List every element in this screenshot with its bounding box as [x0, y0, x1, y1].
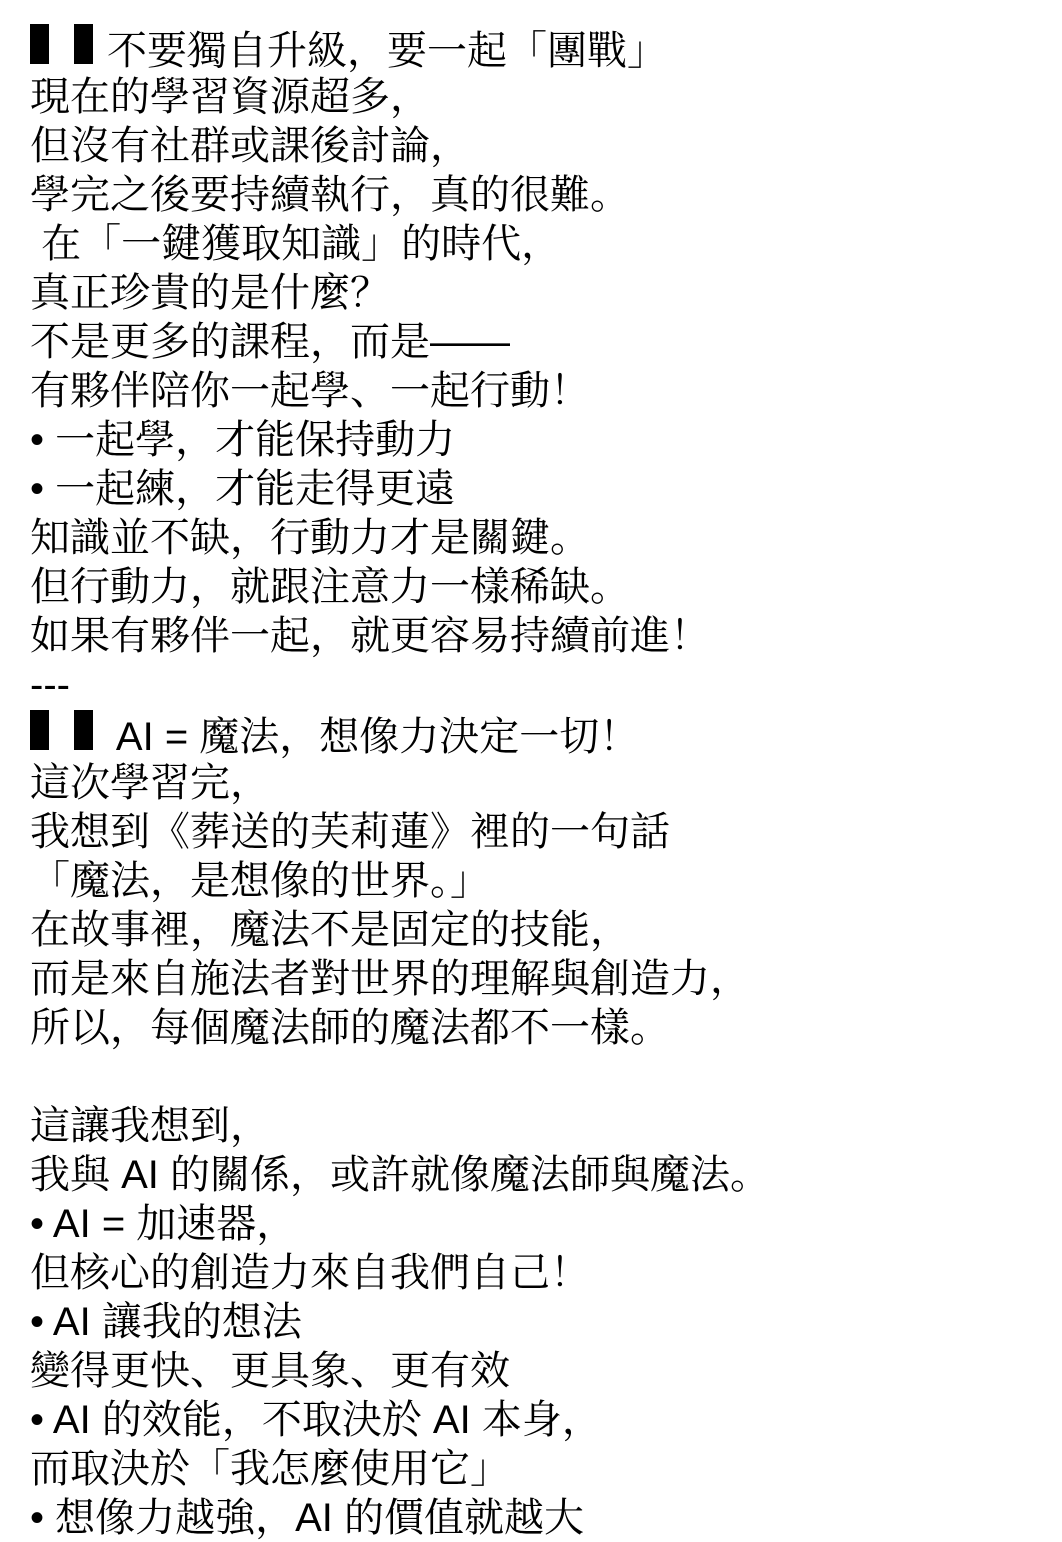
missing-emoji-box-icon: [74, 710, 93, 750]
text-line: 這次學習完，: [30, 759, 1054, 808]
heading-line-team-battle: 不要獨自升級，要一起「團戰」: [30, 24, 1054, 73]
text-line: 而是來自施法者對世界的理解與創造力，: [30, 955, 1054, 1004]
heading-text: 不要獨自升級，要一起「團戰」: [107, 29, 667, 73]
bullet-line: • 一起學，才能保持動力: [30, 416, 1054, 465]
bullet-line: • AI = 加速器，: [30, 1200, 1054, 1249]
post-text-document: 不要獨自升級，要一起「團戰」 現在的學習資源超多， 但沒有社群或課後討論， 學完…: [0, 0, 1062, 1542]
bullet-line: • 想像力越強，AI 的價值就越大: [30, 1494, 1054, 1542]
text-line: 如果有夥伴一起，就更容易持續前進！: [30, 612, 1054, 661]
text-line: 所以，每個魔法師的魔法都不一樣。: [30, 1004, 1054, 1053]
bullet-line: • AI 的效能，不取決於 AI 本身，: [30, 1396, 1054, 1445]
missing-emoji-box-icon: [30, 24, 49, 64]
text-line: 學完之後要持續執行，真的很難。: [30, 171, 1054, 220]
text-line: 真正珍貴的是什麼？: [30, 269, 1054, 318]
text-line: 但核心的創造力來自我們自己！: [30, 1249, 1054, 1298]
bullet-line: • AI 讓我的想法: [30, 1298, 1054, 1347]
text-line: 「魔法，是想像的世界。」: [30, 857, 1054, 906]
text-line: 在「一鍵獲取知識」的時代，: [30, 220, 1054, 269]
blank-line: [30, 1053, 1054, 1102]
text-line: 知識並不缺，行動力才是關鍵。: [30, 514, 1054, 563]
text-line: 現在的學習資源超多，: [30, 73, 1054, 122]
heading-line-ai-magic: AI = 魔法，想像力決定一切！: [30, 710, 1054, 759]
missing-emoji-box-icon: [74, 24, 93, 64]
text-line: 但沒有社群或課後討論，: [30, 122, 1054, 171]
text-line: 但行動力，就跟注意力一樣稀缺。: [30, 563, 1054, 612]
text-line: 變得更快、更具象、更有效: [30, 1347, 1054, 1396]
text-line: 在故事裡，魔法不是固定的技能，: [30, 906, 1054, 955]
divider-line: ---: [30, 661, 1054, 710]
text-line: 這讓我想到，: [30, 1102, 1054, 1151]
text-line: 我想到《葬送的芙莉蓮》裡的一句話: [30, 808, 1054, 857]
missing-emoji-box-icon: [30, 710, 49, 750]
text-line: 而取決於「我怎麼使用它」: [30, 1445, 1054, 1494]
text-line: 不是更多的課程，而是——: [30, 318, 1054, 367]
heading-text: AI = 魔法，想像力決定一切！: [107, 715, 639, 759]
bullet-line: • 一起練，才能走得更遠: [30, 465, 1054, 514]
text-line: 我與 AI 的關係，或許就像魔法師與魔法。: [30, 1151, 1054, 1200]
text-line: 有夥伴陪你一起學、一起行動！: [30, 367, 1054, 416]
